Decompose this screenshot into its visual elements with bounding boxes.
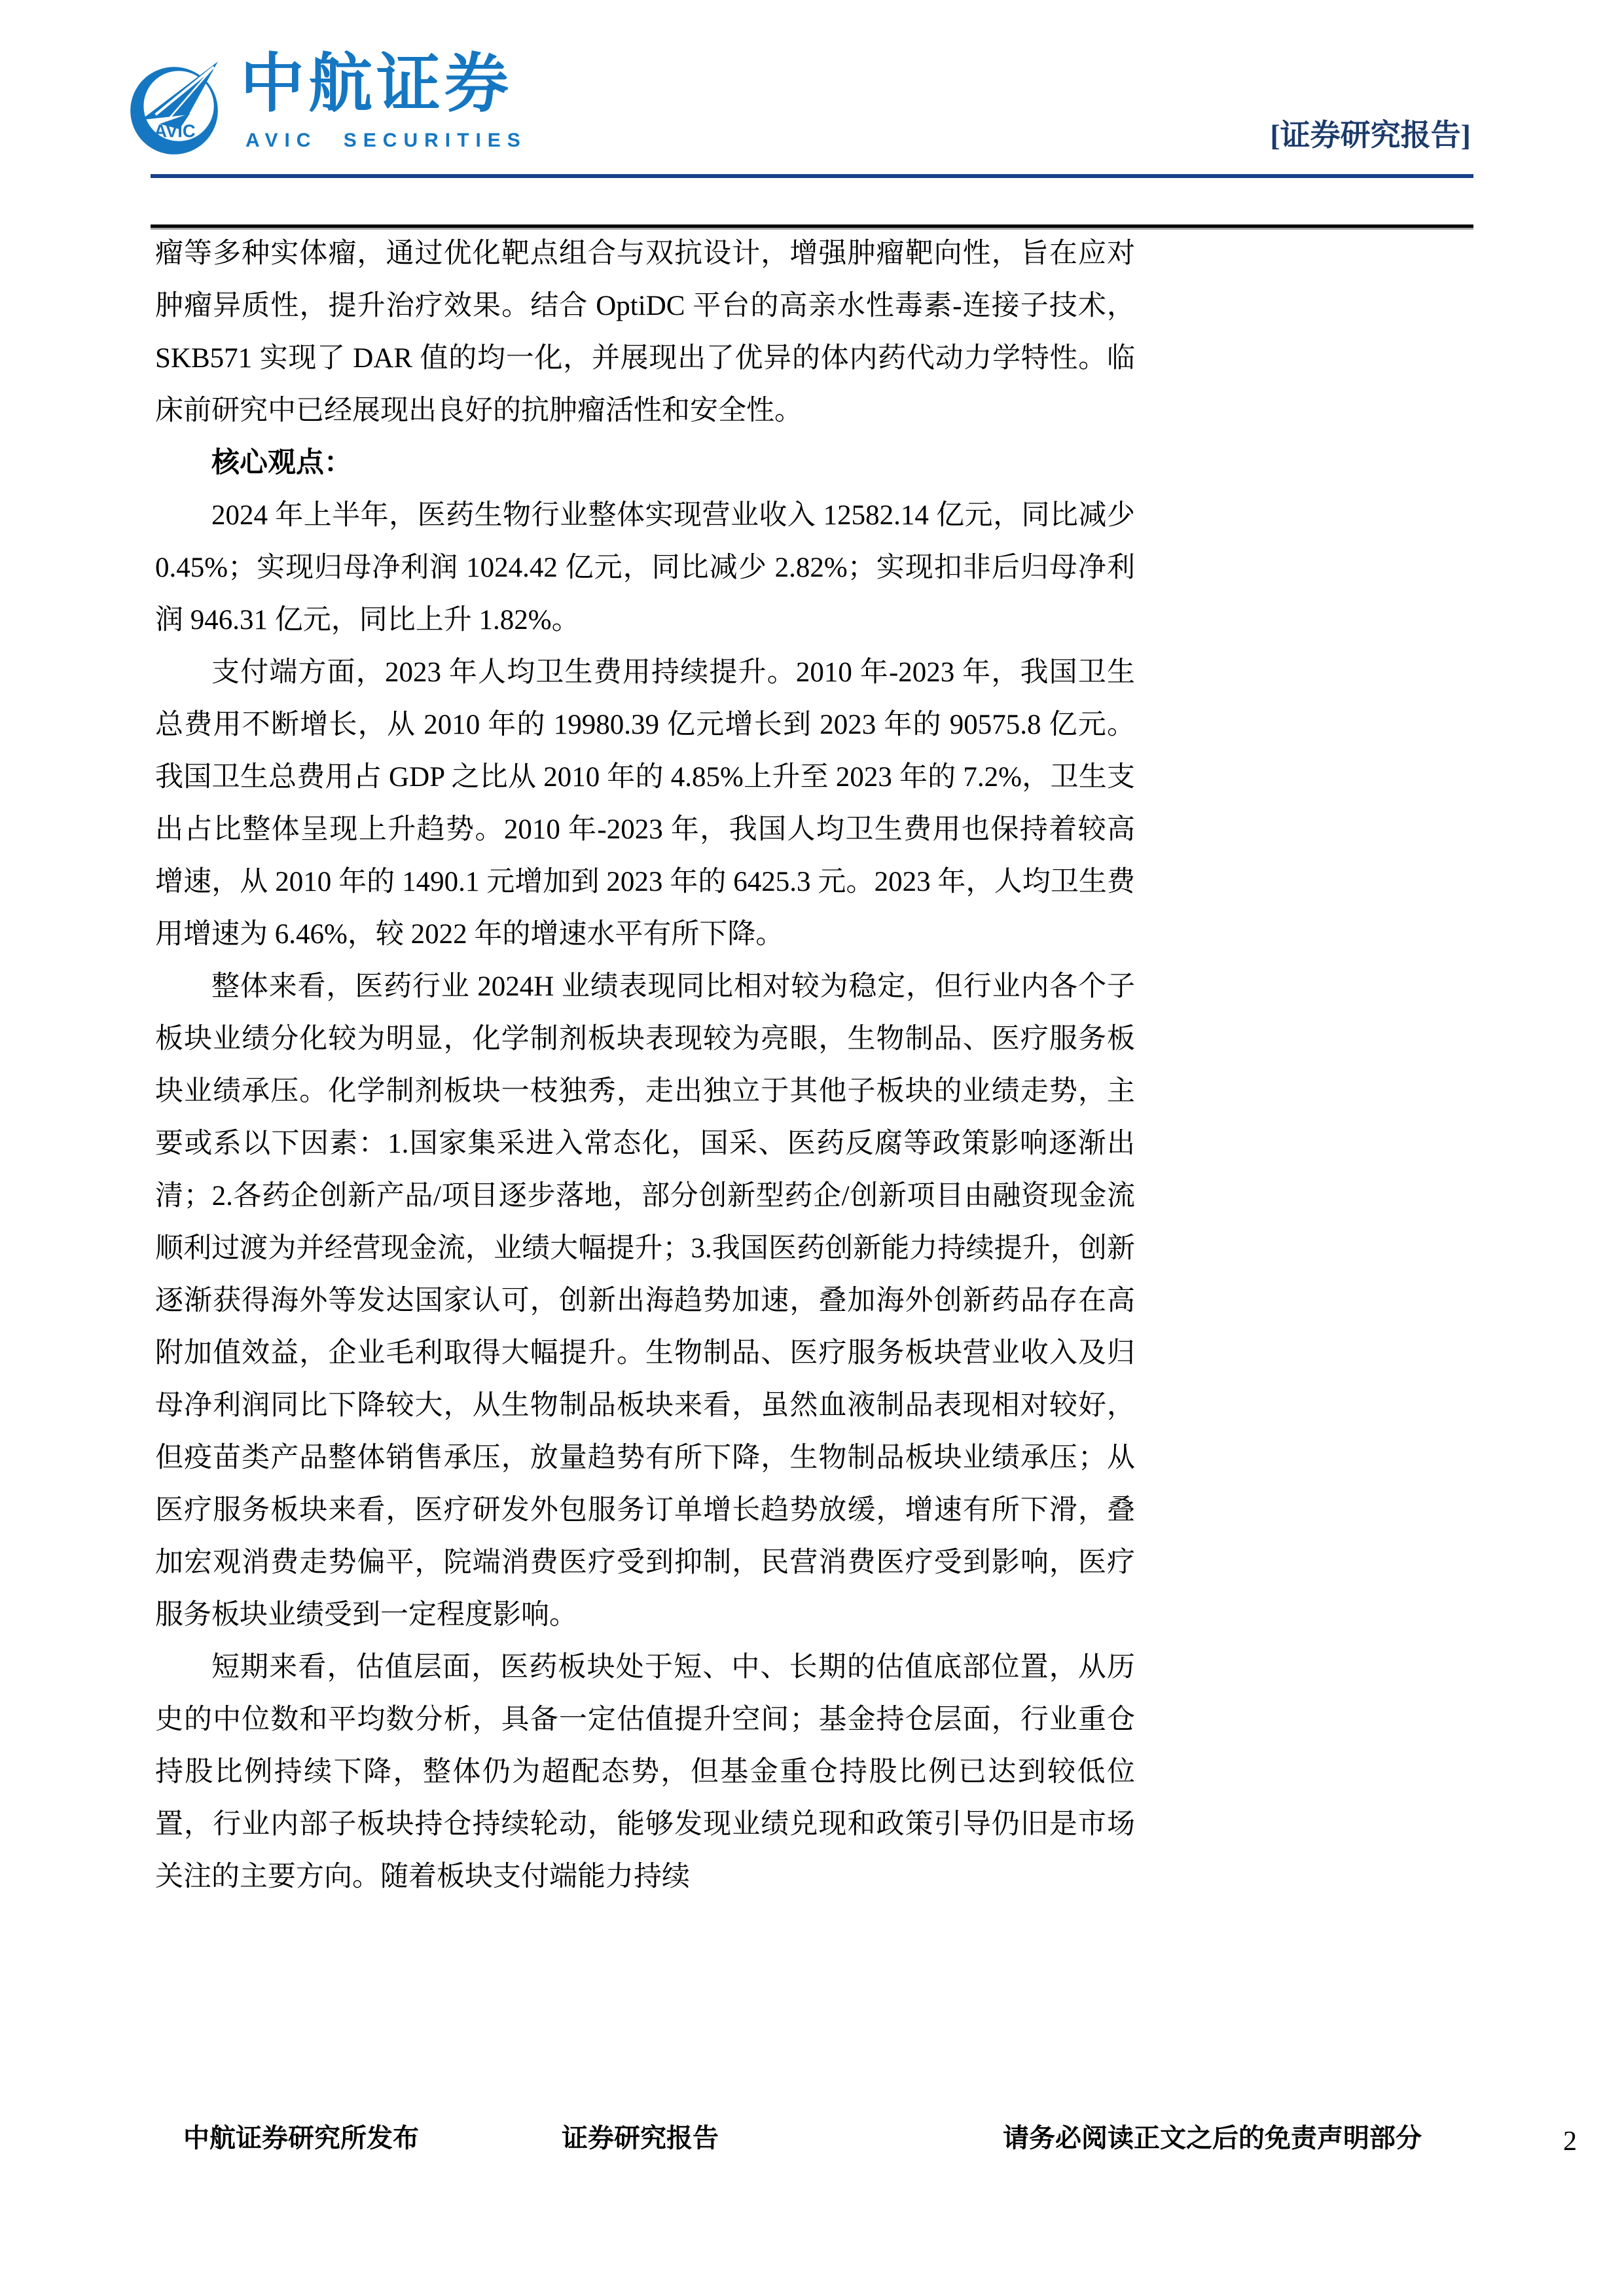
paragraph-overall-view: 整体来看，医药行业 2024H 业绩表现同比相对较为稳定，但行业内各个子板块业绩… [155,961,1135,1641]
page-number: 2 [1563,2126,1577,2157]
paragraph-core-view-heading: 核心观点： [155,437,1135,490]
header-rule-blue [151,174,1473,178]
footer-disclaimer: 请务必阅读正文之后的免责声明部分 [1003,2117,1422,2155]
paragraph-industry-results: 2024 年上半年，医药生物行业整体实现营业收入 12582.14 亿元，同比减… [155,490,1135,647]
avic-badge-text: AVIC [154,121,195,141]
paragraph-payment-side: 支付端方面，2023 年人均卫生费用持续提升。2010 年-2023 年，我国卫… [155,647,1135,961]
body-text: 瘤等多种实体瘤，通过优化靶点组合与双抗设计，增强肿瘤靶向性，旨在应对肿瘤异质性，… [155,228,1135,1903]
footer-issuer: 中航证券研究所发布 [183,2117,419,2155]
report-page: AVIC 中航证券 AVIC SECURITIES [证券研究报告] 瘤等多种实… [0,0,1624,2296]
footer-doc-type: 证券研究报告 [562,2117,719,2155]
brand-name-cn: 中航证券 [240,51,513,115]
report-type-tag: [证券研究报告] [1270,111,1471,154]
header-logo: AVIC 中航证券 AVIC SECURITIES [121,52,553,160]
paragraph-continuation: 瘤等多种实体瘤，通过优化靶点组合与双抗设计，增强肿瘤靶向性，旨在应对肿瘤异质性，… [155,228,1135,437]
paragraph-short-term-view: 短期来看，估值层面，医药板块处于短、中、长期的估值底部位置，从历史的中位数和平均… [155,1641,1135,1903]
brand-name-en: AVIC SECURITIES [245,130,527,152]
avic-logo-icon: AVIC [121,54,227,160]
